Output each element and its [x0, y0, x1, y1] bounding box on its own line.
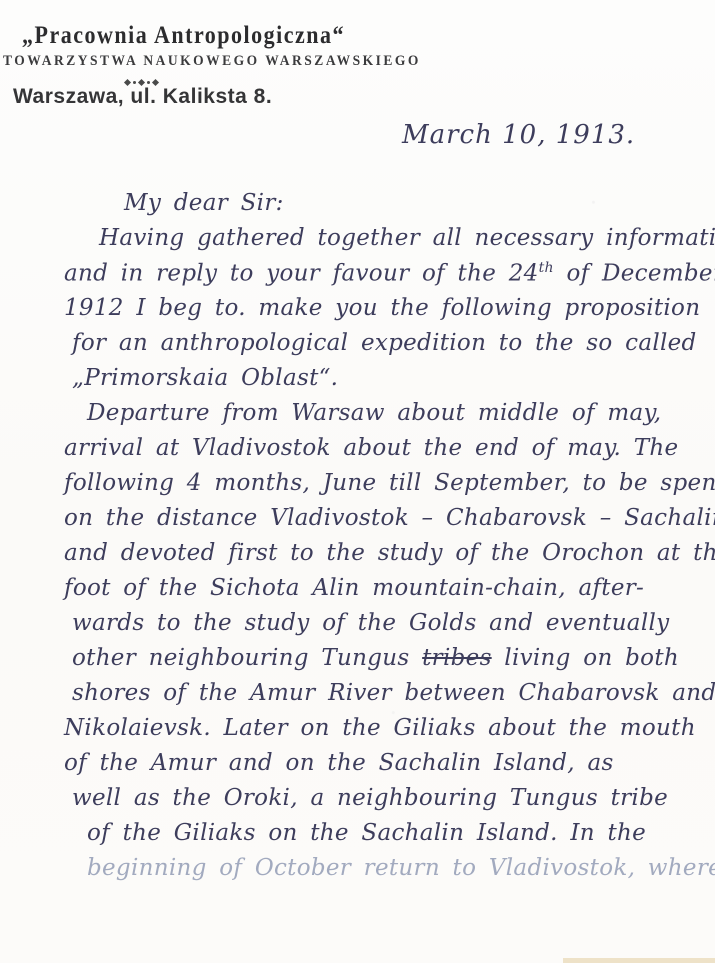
letter-line: well as the Oroki, a neighbouring Tungus…: [72, 785, 715, 820]
letter-line-segment: and in reply to your favour of the 24: [64, 261, 539, 287]
divider-beads: [122, 80, 161, 85]
letter-line: Having gathered together all necessary i…: [99, 225, 715, 260]
letter-line: and in reply to your favour of the 24th …: [64, 260, 715, 295]
letter-date: March 10, 1913.: [402, 120, 635, 150]
letter-line: other neighbouring Tungus tribes living …: [72, 645, 715, 680]
letter-line: of the Giliaks on the Sachalin Island. I…: [87, 820, 715, 855]
letter-line-segment: other neighbouring Tungus: [72, 645, 422, 671]
letter-line: 1912 I beg to. make you the following pr…: [64, 295, 715, 330]
letterhead-org-name: „Pracownia Antropologiczna“: [22, 20, 345, 50]
letterhead-address: Warszawa, ul. Kaliksta 8.: [13, 85, 272, 109]
ordinal-superscript: th: [539, 260, 554, 276]
letter-line: „Primorskaia Oblast“.: [72, 365, 715, 400]
letter-line: Nikolaievsk. Later on the Giliaks about …: [64, 715, 715, 750]
letter-line-segment: living on both: [492, 645, 679, 671]
letter-line: of the Amur and on the Sachalin Island, …: [64, 750, 715, 785]
dot-icon: [147, 81, 150, 84]
letter-line-salutation: My dear Sir:: [124, 190, 715, 225]
scanned-letter-page: „Pracownia Antropologiczna“ TOWARZYSTWA …: [0, 0, 715, 963]
letter-line: wards to the study of the Golds and even…: [72, 610, 715, 645]
letter-line: following 4 months, June till September,…: [64, 470, 715, 505]
letter-line: for an anthropological expedition to the…: [72, 330, 715, 365]
letter-line: shores of the Amur River between Chabaro…: [72, 680, 715, 715]
letter-line-segment: of December: [554, 261, 715, 287]
dot-icon: [133, 81, 136, 84]
letterhead-org-subtitle: TOWARZYSTWA NAUKOWEGO WARSZAWSKIEGO: [3, 52, 421, 70]
scan-edge-strip: [563, 958, 715, 963]
letter-line: on the distance Vladivostok – Chabarovsk…: [64, 505, 715, 540]
letter-line: arrival at Vladivostok about the end of …: [64, 435, 715, 470]
letter-line: and devoted first to the study of the Or…: [64, 540, 715, 575]
struck-word: tribes: [422, 645, 492, 671]
letter-line: foot of the Sichota Alin mountain-chain,…: [64, 575, 715, 610]
letter-body: My dear Sir: Having gathered together al…: [0, 190, 715, 890]
letter-line-paragraph-start: Departure from Warsaw about middle of ma…: [87, 400, 715, 435]
letter-line-faded: beginning of October return to Vladivost…: [87, 855, 715, 890]
